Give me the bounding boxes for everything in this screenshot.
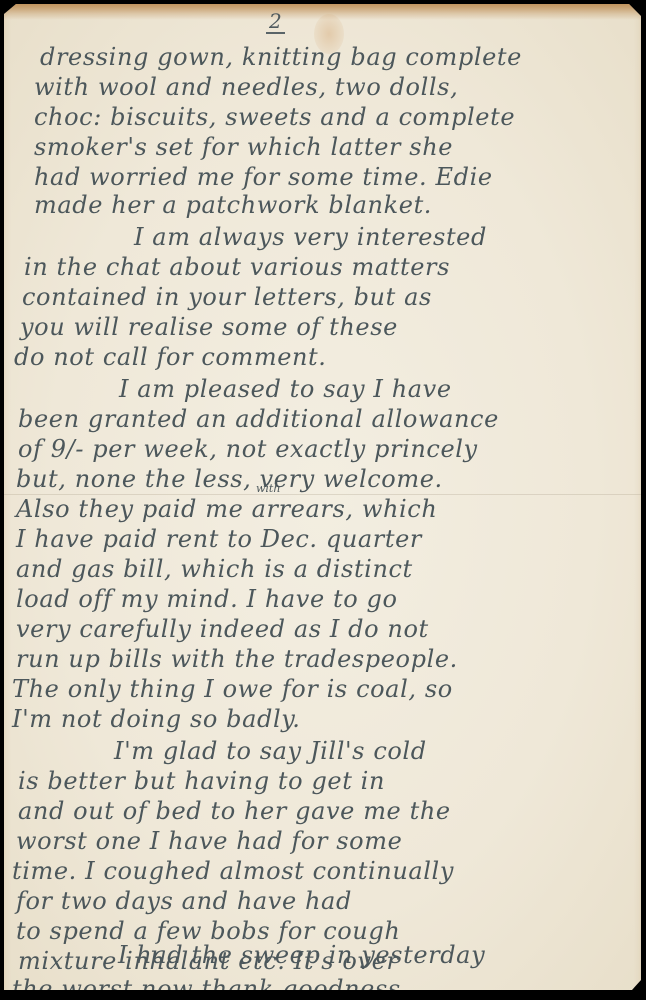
letter-line: of 9/- per week, not exactly princely xyxy=(18,434,478,464)
letter-line: and gas bill, which is a distinct xyxy=(16,554,413,584)
letter-line: I had the sweep in yesterday xyxy=(118,940,485,970)
letter-line: made her a patchwork blanket. xyxy=(34,190,432,220)
letter-line: very carefully indeed as I do not xyxy=(16,614,429,644)
letter-line: but, none the less, very welcome. xyxy=(16,464,443,494)
letter-line: Also they paid me arrears, which xyxy=(16,494,437,524)
letter-line: contained in your letters, but as xyxy=(22,282,432,312)
letter-line: for two days and have had xyxy=(16,886,352,916)
letter-line: smoker's set for which latter she xyxy=(34,132,453,162)
letter-line: I am pleased to say I have xyxy=(119,374,452,404)
letter-line: The only thing I owe for is coal, so xyxy=(12,674,453,704)
letter-line: do not call for comment. xyxy=(14,342,327,372)
letter-line: dressing gown, knitting bag complete xyxy=(40,42,522,72)
letter-line: in the chat about various matters xyxy=(24,252,450,282)
letter-line: had worried me for some time. Edie xyxy=(34,162,493,192)
letter-line: with wool and needles, two dolls, xyxy=(34,72,458,102)
page-number: 2 xyxy=(266,10,285,34)
letter-line: run up bills with the tradespeople. xyxy=(16,644,458,674)
letter-line: time. I coughed almost continually xyxy=(12,856,454,886)
letter-line: I'm glad to say Jill's cold xyxy=(114,736,427,766)
letter-line: you will realise some of these xyxy=(20,312,398,342)
letter-line: choc: biscuits, sweets and a complete xyxy=(34,102,515,132)
letter-line: been granted an additional allowance xyxy=(18,404,499,434)
letter-line: I am always very interested xyxy=(134,222,487,252)
letter-line: I'm not doing so badly. xyxy=(12,704,301,734)
letter-line: the worst now thank goodness. xyxy=(12,974,409,1000)
letter-line: load off my mind. I have to go xyxy=(16,584,398,614)
letter-line: worst one I have had for some xyxy=(16,826,402,856)
letter-line: and out of bed to her gave me the xyxy=(18,796,451,826)
letter-line: is better but having to get in xyxy=(18,766,385,796)
letter-page: 2 dressing gown, knitting bag complete w… xyxy=(4,4,641,990)
letter-line: I have paid rent to Dec. quarter xyxy=(16,524,422,554)
